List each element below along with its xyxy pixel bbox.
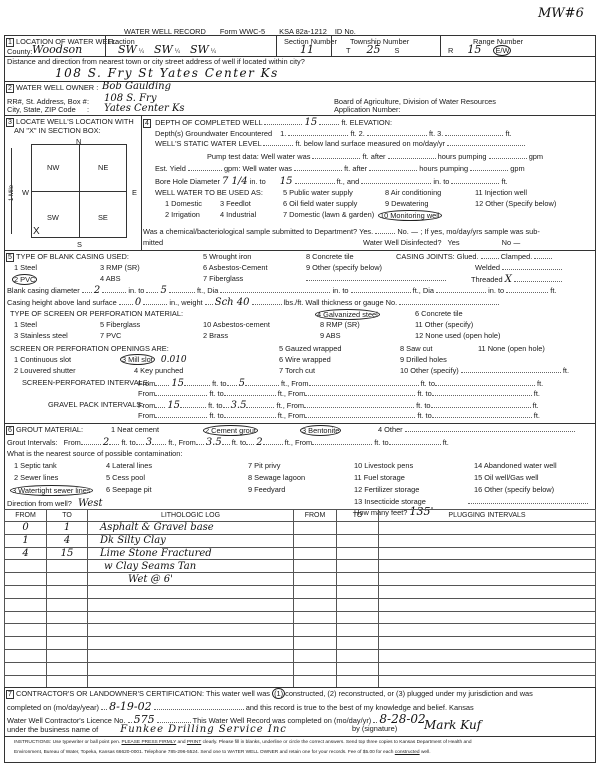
log-row bbox=[5, 649, 596, 662]
static-level-line: WELL'S STATIC WATER LEVEL ft. below land… bbox=[155, 139, 525, 148]
section-4-depth: 4 DEPTH OF COMPLETED WELL 15 ft. ELEVATI… bbox=[143, 117, 392, 128]
section-number-value[interactable]: 11 bbox=[300, 43, 314, 56]
signature-label: by (signature) bbox=[352, 724, 397, 733]
city-value[interactable]: Yates Center Ks bbox=[104, 103, 185, 114]
log-row bbox=[5, 637, 596, 650]
screen-pvc-selected[interactable]: 4 Galvanized steel bbox=[315, 309, 380, 320]
section-7-cert: 7CONTRACTOR'S OR LANDOWNER'S CERTIFICATI… bbox=[6, 689, 533, 699]
screen-intervals-label: SCREEN-PERFORATED INTERVALS: bbox=[22, 378, 150, 387]
openings-label: SCREEN OR PERFORATION OPENINGS ARE: bbox=[10, 344, 169, 353]
screen-intervals-row1: From 15 ft. to 5 ft., From ft. to ft. bbox=[138, 378, 543, 389]
business-line: under the business name of Funkee Drilli… bbox=[7, 724, 287, 735]
screen-intervals-row2: From ft. to ft., From ft. to ft. bbox=[138, 389, 540, 398]
log-row bbox=[5, 598, 596, 611]
instructions-line2: Environment, Bureau of Water, Topeka, Ka… bbox=[14, 750, 431, 755]
grout-cement-selected[interactable]: 2 Cement grout bbox=[203, 425, 258, 436]
gravel-row2: From ft. to ft., From ft. to ft. bbox=[138, 411, 540, 420]
signature[interactable]: Mark Kuf bbox=[424, 718, 481, 732]
blank-casing-line: Blank casing diameter 2 in. to 5 ft., Di… bbox=[7, 285, 556, 296]
contamination-label: What is the nearest source of possible c… bbox=[7, 449, 182, 458]
casing-height-line: Casing height above land surface 0 in., … bbox=[7, 297, 499, 308]
range-value[interactable]: R 15 E/W bbox=[448, 43, 511, 56]
log-row bbox=[5, 611, 596, 624]
log-row bbox=[5, 675, 596, 688]
well-location-mark: X bbox=[33, 226, 40, 237]
use-monitoring-well[interactable]: 10 Monitoring well bbox=[378, 210, 442, 221]
scale-label: 1 Mile bbox=[9, 185, 15, 201]
mill-slot-selected[interactable]: 3 Mill slot bbox=[120, 354, 155, 365]
casing-pvc-selected[interactable]: 2 PVC bbox=[12, 274, 37, 285]
township-value[interactable]: T 25 S bbox=[346, 43, 399, 56]
section-3-sublabel: AN "X" IN SECTION BOX: bbox=[14, 126, 101, 135]
section-6-label: 6GROUT MATERIAL: bbox=[6, 425, 83, 435]
groundwater-line: Depth(s) Groundwater Encountered 1. ft. … bbox=[155, 129, 512, 138]
corner-note: MW#6 bbox=[538, 6, 584, 21]
grout-bentonite-selected[interactable]: 3 Bentonite bbox=[300, 425, 341, 436]
log-row bbox=[5, 585, 596, 598]
section-2-label: 2WATER WELL OWNER : bbox=[6, 83, 98, 93]
city-label: City, State, ZIP Code bbox=[7, 105, 76, 114]
use-label: WELL WATER TO BE USED AS: bbox=[155, 188, 263, 197]
fraction-values[interactable]: SW ¼ SW ¼ SW ¼ bbox=[118, 43, 216, 56]
constructed-option[interactable]: (1) bbox=[272, 688, 285, 699]
bore-hole-line: Bore Hole Diameter 7 1/4 in. to 15 ft., … bbox=[155, 176, 508, 187]
casing-joints: CASING JOINTS: Glued. Clamped. bbox=[396, 252, 552, 261]
county-label: County: bbox=[7, 47, 32, 56]
sample-question: Was a chemical/bacteriological sample su… bbox=[143, 227, 540, 236]
owner-value[interactable]: Bob Gaulding bbox=[102, 81, 171, 92]
log-row: w Clay Seams Tan bbox=[5, 560, 596, 573]
application-number-label: Application Number: bbox=[334, 105, 401, 114]
distance-label: Distance and direction from nearest town… bbox=[7, 57, 305, 66]
direction-line: Direction from well? West bbox=[7, 498, 103, 509]
instructions-line1: INSTRUCTIONS: Use typewriter or ball poi… bbox=[14, 740, 472, 745]
log-row: 1 4 Dk Silty Clay bbox=[5, 534, 596, 547]
log-row: 0 1 Asphalt & Gravel base bbox=[5, 522, 596, 535]
lithologic-log-table: FROM TO LITHOLOGIC LOG FROM TO PLUGGING … bbox=[4, 509, 596, 688]
log-row: 4 15 Lime Stone Fractured bbox=[5, 547, 596, 560]
est-yield-line: Est. Yield gpm: Well water was ft. after… bbox=[155, 164, 525, 173]
log-row: Wet @ 6' bbox=[5, 573, 596, 586]
distance-value[interactable]: 108 S. Fry St Yates Center Ks bbox=[55, 66, 279, 80]
log-header-row: FROM TO LITHOLOGIC LOG FROM TO PLUGGING … bbox=[5, 510, 596, 522]
screen-material-label: TYPE OF SCREEN OR PERFORATION MATERIAL: bbox=[10, 309, 183, 318]
disinfected-question: Water Well Disinfected? Yes No — bbox=[363, 238, 521, 247]
contam-watertight-selected[interactable]: 3 Watertight sewer lines bbox=[10, 485, 93, 496]
section-5-label: 5TYPE OF BLANK CASING USED: bbox=[6, 252, 129, 262]
gravel-row1: From 15 ft. to 3.5 ft., From ft. to ft. bbox=[138, 400, 539, 411]
log-row bbox=[5, 662, 596, 675]
gravel-pack-label: GRAVEL PACK INTERVALS: bbox=[48, 400, 143, 409]
log-row bbox=[5, 624, 596, 637]
county-value[interactable]: Woodson bbox=[32, 43, 82, 56]
grout-intervals: Grout Intervals: From 2 ft. to 3 ft., Fr… bbox=[7, 437, 449, 448]
pump-test-line: Pump test data: Well water was ft. after… bbox=[207, 152, 543, 161]
